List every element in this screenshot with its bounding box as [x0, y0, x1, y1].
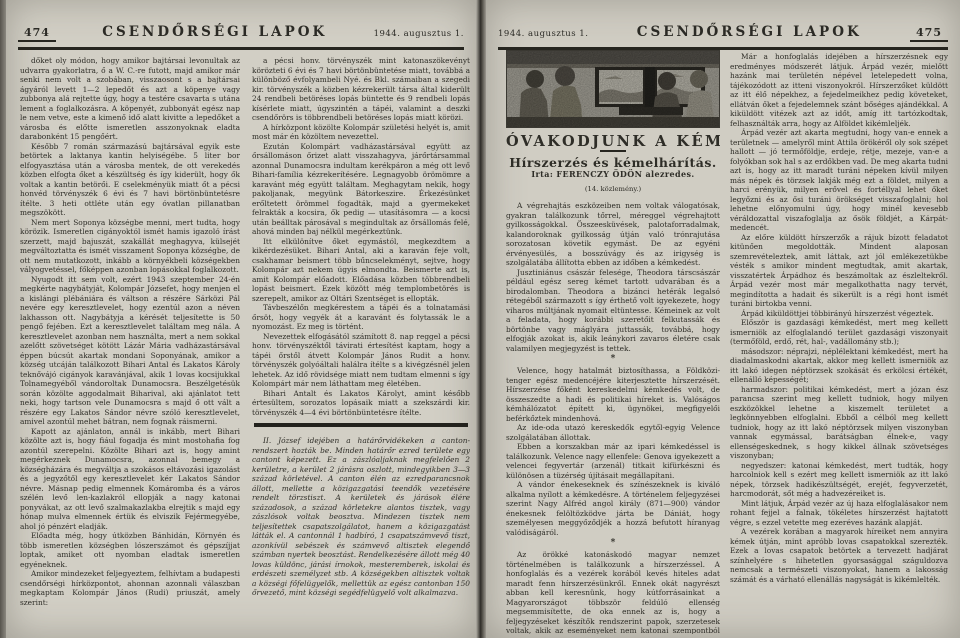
paragraph: A végrehajtás eszközeiben nem voltak vál… — [506, 201, 720, 268]
paragraph: Távbeszélőn megkérestem a tápéi és a tol… — [252, 303, 470, 332]
paragraph: dőket oly módon, hogy amikor bajtársai l… — [20, 56, 240, 142]
paragraph: Már a honfoglalás idejében a hírszerzésn… — [730, 52, 948, 128]
paragraph: Árpád vezér azt akarta megtudni, hogy va… — [730, 128, 948, 233]
paragraph: Az ide-oda utazó kereskedők egytől-egyig… — [506, 423, 720, 442]
right-page-masthead: 1944. augusztus 1. CSENDŐRSÉGI LAPOK 475 — [498, 24, 948, 50]
train-compartment-drawing — [507, 51, 719, 127]
paragraph: Kapott az ajánlaton, annál is inkább, me… — [20, 427, 240, 532]
left-page: 474 CSENDŐRSÉGI LAPOK 1944. augusztus 1.… — [6, 0, 476, 638]
paragraph: Bihari Antalt és Lakatos Károlyt, amint … — [252, 389, 470, 418]
paragraph: Nyugodt itt sem volt, ezért 1943 szeptem… — [20, 275, 240, 427]
journal-title: CSENDŐRSÉGI LAPOK — [102, 24, 327, 40]
right-page-column-2: Már a honfoglalás idejében a hírszerzésn… — [730, 52, 948, 634]
article-subtitle: Hírszerzés és kémelhárítás. — [506, 158, 720, 168]
paragraph: Amikor mindezeket feljegyeztem, felhívta… — [20, 569, 240, 607]
right-page-column-1: ÓVAKODJUNK A KÉMEKTŐL Hírszerzés és kéme… — [506, 50, 720, 634]
paragraph: Velence, hogy hatalmát biztosíthassa, a … — [506, 366, 720, 423]
page-number: 474 — [18, 26, 56, 42]
left-page-column-2: a pécsi honv. törvényszék mint katonaszö… — [252, 56, 470, 634]
section-separator-star: * — [506, 354, 720, 365]
section-separator-star: * — [506, 538, 720, 549]
journal-title: CSENDŐRSÉGI LAPOK — [637, 24, 862, 40]
article-byline: Irta: FERENCZY ÖDÖN alezredes. — [506, 170, 720, 180]
paragraph: Mint látjuk, Árpád vezér az új haza elfo… — [730, 499, 948, 528]
article-headline: ÓVAKODJUNK A KÉMEKTŐL — [506, 137, 720, 147]
book-gutter-shadow — [476, 0, 486, 638]
paragraph: Először is gazdasági kémkedést, mert meg… — [730, 318, 948, 347]
paragraph: harmadszor: politikai kémkedést, mert a … — [730, 385, 948, 461]
paragraph: Később 7 román származású bajtársával eg… — [20, 142, 240, 218]
section-divider-rule — [254, 423, 468, 427]
paragraph: másodszor: néprajzi, néplélektani kémked… — [730, 347, 948, 385]
paragraph: negyedszer: katonai kémkedést, mert tudt… — [730, 461, 948, 499]
left-page-masthead: 474 CSENDŐRSÉGI LAPOK 1944. augusztus 1. — [18, 24, 464, 50]
paragraph: II. József idejében a határőrvidékeken a… — [252, 436, 470, 598]
paragraph: Ebben a korszakban már az ipari kémkedés… — [506, 442, 720, 480]
paragraph: A vándor énekeseknek és színészeknek is … — [506, 480, 720, 537]
paragraph: Előadta még, hogy útközben Bánhidán, Kör… — [20, 531, 240, 569]
right-page-column-1-text: A végrehajtás eszközeiben nem voltak vál… — [506, 201, 720, 634]
paragraph: Jusztiniánus császár felesége, Theodora … — [506, 268, 720, 354]
paragraph: a pécsi honv. törvényszék mint katonaszö… — [252, 56, 470, 123]
paragraph: Ezután Kolompárt vadházastársával együtt… — [252, 142, 470, 237]
left-page-column-2-text: a pécsi honv. törvényszék mint katonaszö… — [252, 56, 470, 417]
issue-date: 1944. augusztus 1. — [374, 29, 464, 39]
paragraph: Itt elkülönítve őket egymástól, megkezdt… — [252, 237, 470, 304]
paragraph: Az előre küldött hírszerzők a rájuk bízo… — [730, 233, 948, 309]
issue-date: 1944. augusztus 1. — [498, 29, 588, 39]
paragraph: Nem mert Soponya községbe menni, mert tu… — [20, 218, 240, 275]
historical-note-italic: II. József idejében a határőrvidékeken a… — [252, 436, 470, 598]
right-page: 1944. augusztus 1. CSENDŐRSÉGI LAPOK 475 — [486, 0, 960, 638]
paragraph: A hírközpont közölte Kolompár születési … — [252, 123, 470, 142]
installment-number: (14. közlemény.) — [506, 185, 720, 195]
paragraph: Nevezettek elfogásától számított 8. nap … — [252, 332, 470, 389]
paragraph: Az örökké katonáskodó magyar nemzet tört… — [506, 550, 720, 634]
page-number: 475 — [910, 26, 948, 42]
paragraph: A vezérek korában a magyarok híreiket ne… — [730, 527, 948, 584]
paragraph: Árpád kiküldöttjei többirányú hírszerzés… — [730, 309, 948, 319]
article-illustration — [506, 50, 720, 128]
left-page-column-1: dőket oly módon, hogy amikor bajtársai l… — [20, 56, 240, 634]
